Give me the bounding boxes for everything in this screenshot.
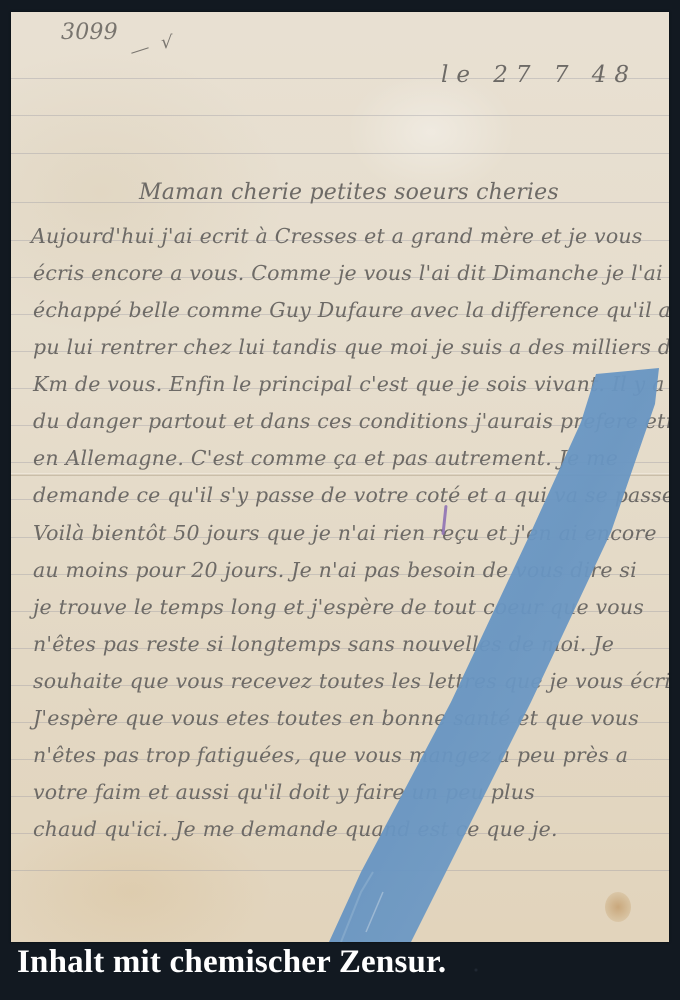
letter-line: demande ce qu'il s'y passe de votre coté… (33, 483, 669, 507)
letter-line: échappé belle comme Guy Dufaure avec la … (33, 298, 669, 322)
ruled-line (11, 153, 669, 154)
letter-date: le 27 7 48 (441, 62, 637, 88)
letter-line: au moins pour 20 jours. Je n'ai pas beso… (33, 558, 637, 582)
letter-line: chaud qu'ici. Je me demande quand est ce… (33, 817, 558, 841)
paper-fold (11, 473, 669, 476)
ruled-line (11, 870, 669, 871)
letter-line: votre faim et aussi qu'il doit y faire u… (33, 780, 535, 804)
letter-line: J'espère que vous etes toutes en bonne s… (33, 706, 639, 730)
check-mark: √ (161, 32, 173, 53)
letter-line: écris encore a vous. Comme je vous l'ai … (33, 261, 663, 285)
letter-line: pu lui rentrer chez lui tandis que moi j… (33, 335, 669, 359)
letter-line: je trouve le temps long et j'espère de t… (33, 595, 644, 619)
letter-line: du danger partout et dans ces conditions… (33, 409, 669, 433)
letter-line: Voilà bientôt 50 jours que je n'ai rien … (33, 521, 657, 545)
paper-stain (605, 892, 631, 922)
letter-line: Km de vous. Enfin le principal c'est que… (33, 372, 665, 396)
letter-line: n'êtes pas reste si longtemps sans nouve… (33, 632, 614, 656)
letter-line: souhaite que vous recevez toutes les let… (33, 669, 669, 693)
letter-paper: 3099 √ le 27 7 48 Maman cherie petites s… (11, 12, 669, 942)
letter-line: Aujourd'hui j'ai ecrit à Cresses et a gr… (31, 224, 643, 248)
ruled-line (11, 115, 669, 116)
salutation: Maman cherie petites soeurs cheries (139, 180, 559, 205)
letter-line: en Allemagne. C'est comme ça et pas autr… (33, 446, 618, 470)
archive-number: 3099 (61, 20, 118, 45)
caption: Inhalt mit chemischer Zensur. (17, 944, 446, 981)
letter-line: n'êtes pas trop fatiguées, que vous mang… (33, 743, 628, 767)
